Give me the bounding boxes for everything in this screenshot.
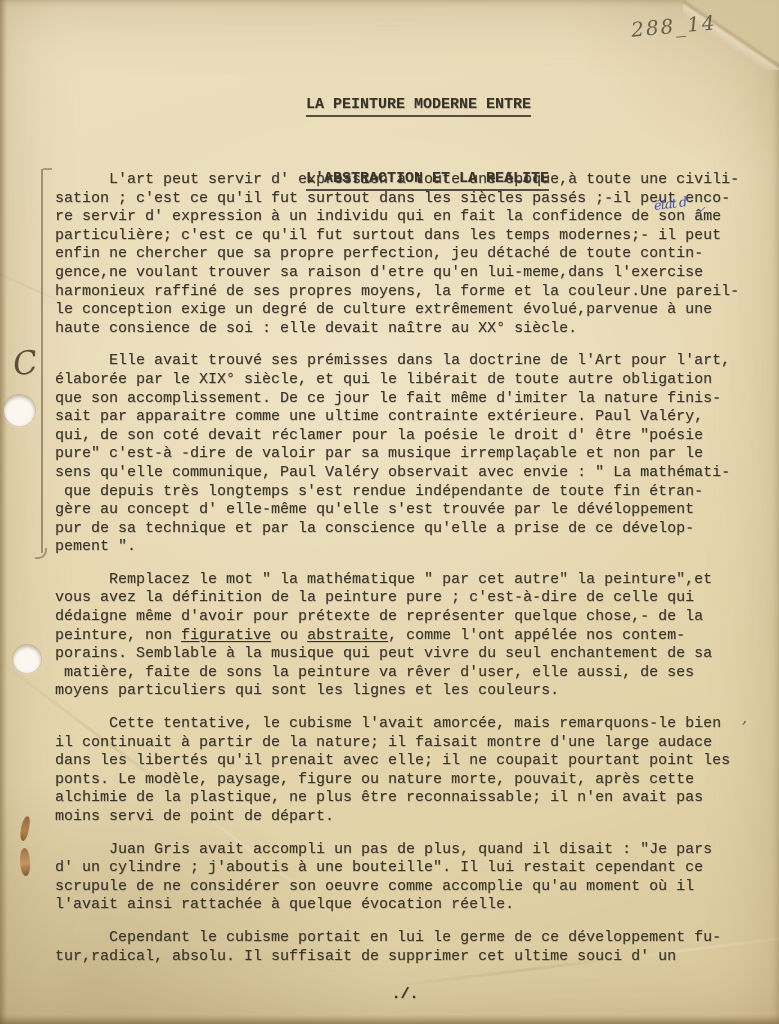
text-line: Remplacez le mot " la mathématique " par… — [55, 571, 765, 590]
text-line: alchimie de la plastique, ne plus être r… — [55, 789, 765, 808]
text-line: sens qu'elle communique, Paul Valéry obs… — [55, 464, 765, 483]
rust-stain — [19, 816, 31, 842]
text-line: gence,ne voulant trouver sa raison d'etr… — [55, 264, 765, 283]
text-line: L'art peut servir d' expression à toute … — [55, 171, 765, 190]
text-line: le conception exige un degré de culture … — [55, 301, 765, 320]
text-line: enfin ne chercher que sa propre perfecti… — [55, 245, 765, 264]
paragraph-2: Elle avait trouvé ses prémisses dans la … — [55, 352, 765, 557]
text-line: scrupule de ne considérer son oeuvre com… — [55, 878, 765, 897]
text-line: Cette tentative, le cubisme l'avait amor… — [55, 715, 765, 734]
text-line: l'avait ainsi rattachée à quelque évocat… — [55, 896, 765, 915]
text-line: peinture, non figurative ou abstraite, c… — [55, 627, 765, 646]
text-line: vous avez la définition de la peinture p… — [55, 589, 765, 608]
text-line: d' un cylindre ; j'aboutis à une bouteil… — [55, 859, 765, 878]
text-line: gère au concept d' elle-même qu'elle s'e… — [55, 501, 765, 520]
text-line: que depuis très longtemps s'est rendue i… — [55, 483, 765, 502]
handwritten-comma-mark: , — [742, 708, 747, 727]
text-line: sait par apparaitre comme une ultime con… — [55, 408, 765, 427]
text-line: moins servi de point de départ. — [55, 808, 765, 827]
text-line: il continuait à partir de la nature; il … — [55, 734, 765, 753]
text-line: Juan Gris avait accompli un pas de plus,… — [55, 841, 765, 860]
text-line: tur,radical, absolu. Il suffisait de sup… — [55, 948, 765, 967]
margin-letter-annotation: C — [10, 342, 40, 383]
margin-bracket-line — [41, 169, 55, 553]
text-line: moyens particuliers qui sont les lignes … — [55, 682, 765, 701]
text-line: porains. Semblable à la musique qui peut… — [55, 645, 765, 664]
punch-hole-icon — [13, 645, 41, 673]
page-footer-mark: ./. — [55, 986, 755, 1003]
paragraphs-container: L'art peut servir d' expression à toute … — [55, 171, 765, 980]
paragraph-4: Cette tentative, le cubisme l'avait amor… — [55, 715, 765, 827]
title-gap — [270, 134, 549, 153]
text-line: dans les libertés qu'il prenait avec ell… — [55, 752, 765, 771]
text-line: pement ". — [55, 538, 765, 557]
text-line: dédaigne même d'avoir pour prétexte de r… — [55, 608, 765, 627]
document-page: 288_14 C LA PEINTURE MODERNE ENTRE L'ABS… — [0, 0, 779, 1024]
text-line: particulière; c'est ce qu'il fut surtout… — [55, 227, 765, 246]
text-line: haute consience de soi : elle devait naî… — [55, 320, 765, 339]
paragraph-6: Cependant le cubisme portait en lui le g… — [55, 929, 765, 966]
text-line: élaborée par le XIX° siècle, et qui le l… — [55, 371, 765, 390]
text-line: Elle avait trouvé ses prémisses dans la … — [55, 352, 765, 371]
text-line: que son accomplissement. De ce jour le f… — [55, 390, 765, 409]
paragraph-5: Juan Gris avait accompli un pas de plus,… — [55, 841, 765, 915]
text-line: matière, faite de sons la peinture va rê… — [55, 664, 765, 683]
rust-stain — [19, 848, 32, 877]
text-line: ponts. Le modèle, paysage, figure ou nat… — [55, 771, 765, 790]
paper-edge-shadow — [0, 1015, 779, 1024]
text-line: pur de sa technique et par la conscience… — [55, 520, 765, 539]
punch-hole-icon — [4, 395, 35, 426]
text-line: qui, de son coté devait réclamer pour la… — [55, 427, 765, 446]
text-line: harmonieux raffiné de ses propres moyens… — [55, 283, 765, 302]
paper-edge-shadow — [0, 0, 7, 1024]
title-line-1: LA PEINTURE MODERNE ENTRE — [306, 96, 531, 117]
paragraph-1: L'art peut servir d' expression à toute … — [55, 171, 765, 338]
text-line: pure" c'est-à -dire de valoir par sa mus… — [55, 445, 765, 464]
paragraph-3: Remplacez le mot " la mathématique " par… — [55, 571, 765, 701]
text-line: Cependant le cubisme portait en lui le g… — [55, 929, 765, 948]
